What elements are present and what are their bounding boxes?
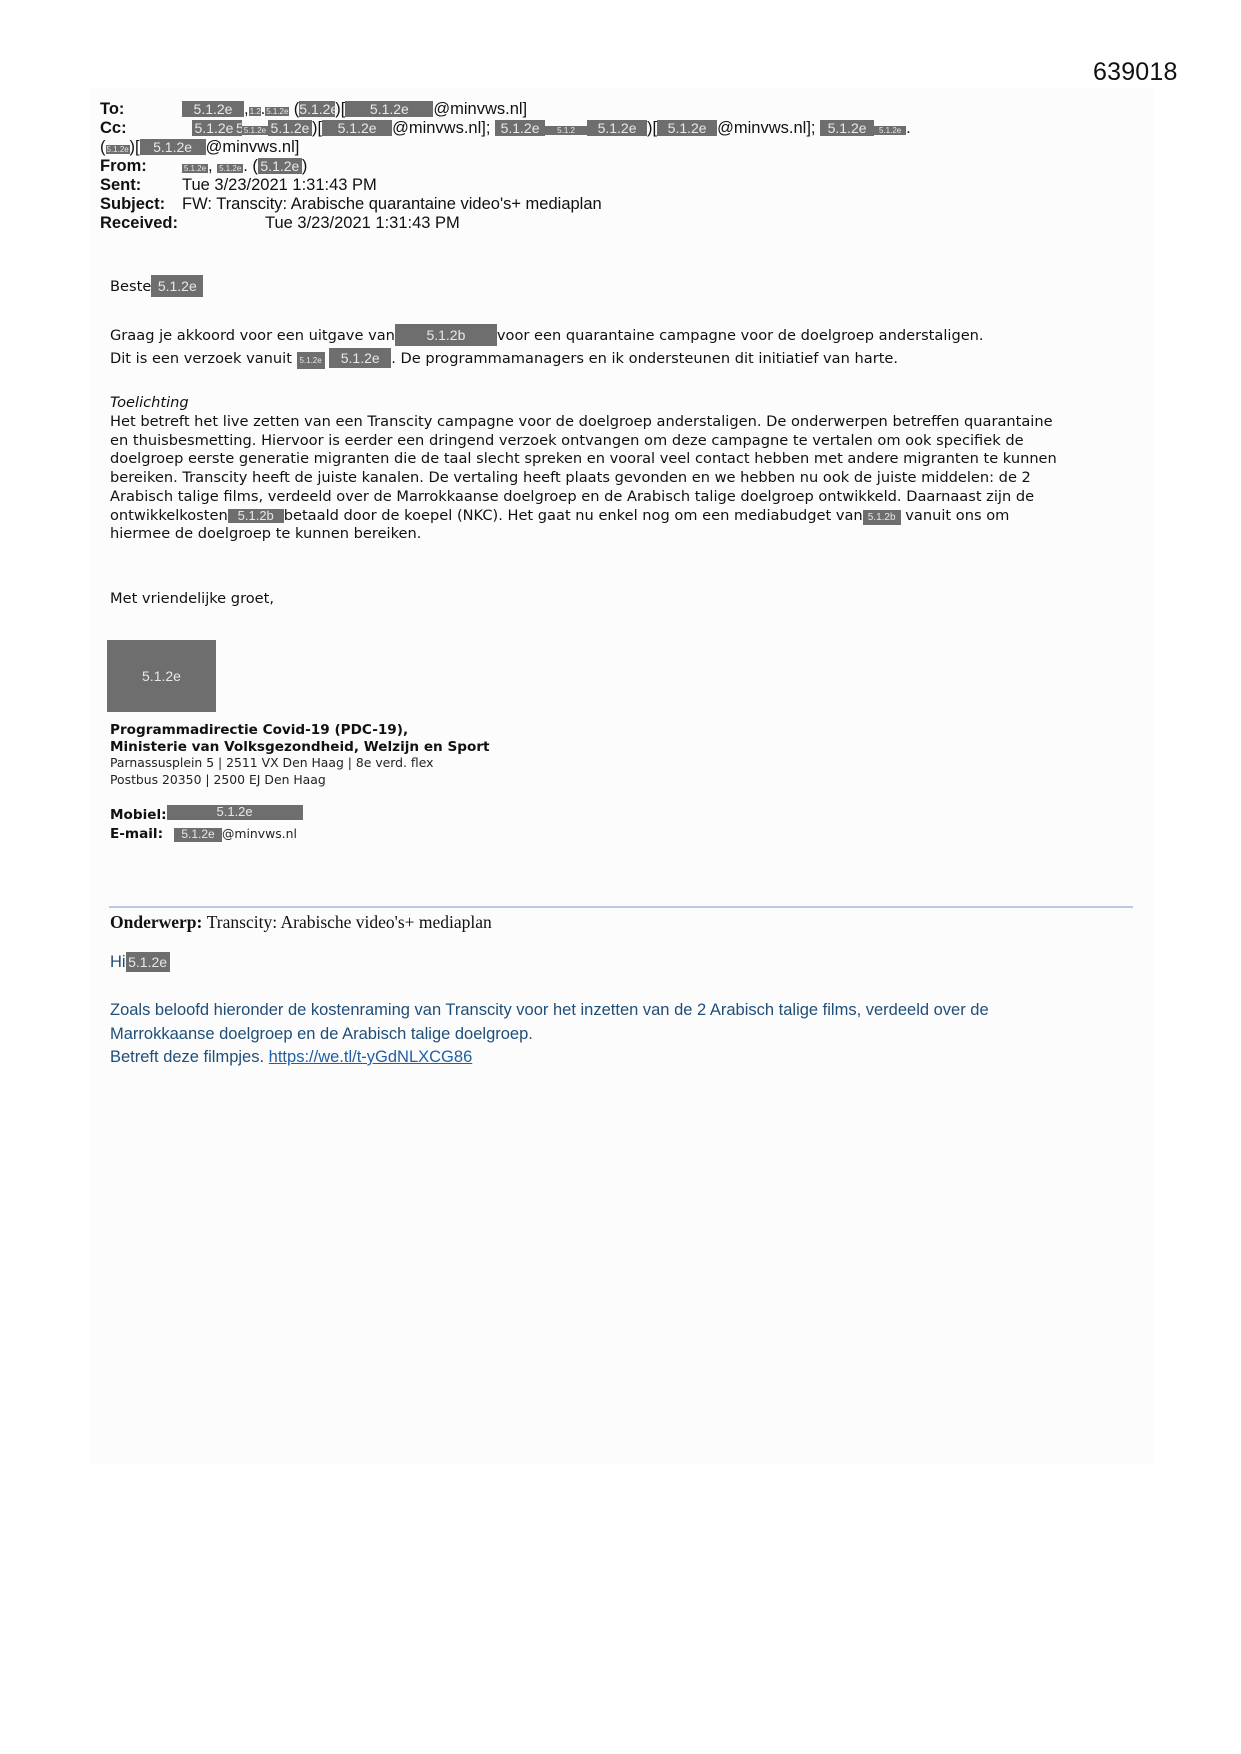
redaction: 5.1.2e [265, 107, 289, 116]
email-label: E-mail: [110, 826, 174, 843]
document-id: 639018 [1093, 58, 1178, 87]
forwarded-line: Marrokkaanse doelgroep en de Arabisch ta… [110, 1023, 989, 1047]
redaction: 5.1.2b [395, 324, 497, 346]
signature-address-line-1: Parnassusplein 5 | 2511 VX Den Haag | 8e… [110, 755, 490, 772]
signature-org-line-1: Programmadirectie Covid-19 (PDC-19), [110, 722, 490, 739]
redaction: 5.1.2e [299, 101, 335, 117]
redaction: 5.1.2e [345, 101, 433, 117]
redaction: 5.1.2e [587, 120, 647, 136]
email-domain: @minvws.nl [222, 826, 297, 841]
redaction: 5.1.2e [182, 164, 208, 173]
subject-value: FW: Transcity: Arabische quarantaine vid… [182, 195, 602, 213]
toelichting-line: doelgroep eerste generatie migranten die… [110, 450, 1130, 469]
closing: Met vriendelijke groet, [110, 590, 274, 607]
request-text: Dit is een verzoek vanuit [110, 350, 292, 367]
sent-row: Sent:Tue 3/23/2021 1:31:43 PM [100, 176, 377, 195]
redaction: 5.1.2e [495, 120, 545, 136]
redaction: 5.1.2e [217, 164, 243, 173]
request-text: Graag je akkoord voor een uitgave van [110, 327, 395, 344]
redaction: 5.1.2e [126, 952, 170, 972]
to-label: To: [100, 100, 182, 119]
request-line-1: Graag je akkoord voor een uitgave van5.1… [110, 324, 984, 346]
redaction: 5.1.2e [322, 120, 392, 136]
toelichting-line: ontwikkelkosten5.1.2bbetaald door de koe… [110, 507, 1130, 526]
redaction: 5.1.2e [167, 805, 303, 820]
redaction: 5.1.2e [151, 275, 203, 297]
redaction: 5.1.2e [140, 139, 206, 155]
received-label: Received: [100, 214, 265, 233]
redaction: 5.1.2e [874, 126, 906, 135]
toelichting-line: en thuisbesmetting. Hiervoor is eerder e… [110, 432, 1130, 451]
subject-label: Subject: [100, 195, 182, 214]
cc-row: Cc:5.1.2e55.1.2e5.1.2e)[5.1.2e@minvws.nl… [100, 119, 911, 138]
email-domain: @minvws.nl] [206, 138, 300, 156]
received-row: Received:Tue 3/23/2021 1:31:43 PM [100, 214, 460, 233]
redaction: 5.1.2e [657, 120, 717, 136]
separator-text: )[ [647, 119, 657, 137]
redaction: 1.2 [249, 107, 261, 116]
signature-mobile-row: Mobiel:5.1.2e [110, 806, 303, 824]
subject-row: Subject:FW: Transcity: Arabische quarant… [100, 195, 602, 214]
from-label: From: [100, 157, 182, 176]
redaction: 5.1.2e [106, 145, 130, 154]
redaction: 5.1.2e [182, 101, 244, 117]
toelichting-body: Het betreft het live zetten van een Tran… [110, 413, 1130, 544]
redaction: 5.1.2b [863, 510, 901, 526]
mobile-label: Mobiel: [110, 807, 167, 823]
email-domain: @minvws.nl]; [717, 119, 815, 137]
cc-label: Cc: [100, 119, 192, 138]
onderwerp-label: Onderwerp: [110, 912, 202, 932]
redaction: 5.1.2e [329, 348, 391, 368]
wetransfer-link[interactable]: https://we.tl/t-yGdNLXCG86 [269, 1048, 473, 1066]
request-line-2: Dit is een verzoek vanuit 5.1.2e 5.1.2e.… [110, 348, 898, 369]
onderwerp-value: Transcity: Arabische video's+ mediaplan [207, 912, 492, 932]
toelichting-title: Toelichting [110, 394, 1130, 413]
forwarded-text: Betreft deze filmpjes. [110, 1048, 264, 1066]
toelichting-line: Het betreft het live zetten van een Tran… [110, 413, 1130, 432]
greeting-text: Hi [110, 953, 126, 971]
to-row: To:5.1.2e,1.2.5.1.2e (5.1.2e)[5.1.2e@min… [100, 100, 527, 119]
toelichting-text: vanuit ons om [905, 507, 1009, 524]
toelichting-line: Arabisch talige films, verdeeld over de … [110, 488, 1130, 507]
separator-text: )[ [312, 119, 322, 137]
redaction: 5.1.2e [192, 120, 236, 136]
toelichting-line: hiermee de doelgroep te kunnen bereiken. [110, 525, 1130, 544]
redaction: 5.1.2e [174, 828, 222, 842]
greeting-text: Beste [110, 278, 151, 295]
separator-text: ) [302, 157, 308, 175]
separator-text: )[ [130, 138, 140, 156]
separator-text: . [906, 119, 911, 137]
toelichting-text: ontwikkelkosten [110, 507, 228, 524]
received-value: Tue 3/23/2021 1:31:43 PM [265, 214, 460, 232]
redaction: 5.1.2e [297, 352, 325, 369]
redaction: 5.1.2e [268, 120, 312, 136]
signature-address-line-2: Postbus 20350 | 2500 EJ Den Haag [110, 772, 490, 789]
from-row: From:5.1.2e, 5.1.2e. (5.1.2e) [100, 157, 307, 176]
sent-label: Sent: [100, 176, 182, 195]
separator-text: , [208, 157, 213, 175]
redaction: 5.1.2b [228, 509, 284, 524]
signature-block: Programmadirectie Covid-19 (PDC-19), Min… [110, 722, 490, 788]
separator-text: )[ [335, 100, 345, 118]
forwarded-body: Zoals beloofd hieronder de kostenraming … [110, 999, 989, 1070]
forwarded-subject-row: Onderwerp: Transcity: Arabische video's+… [110, 912, 492, 933]
forwarded-line: Zoals beloofd hieronder de kostenraming … [110, 999, 989, 1023]
sent-value: Tue 3/23/2021 1:31:43 PM [182, 176, 377, 194]
toelichting-line: bereiken. Transcity heeft de juiste kana… [110, 469, 1130, 488]
separator-text: . ( [243, 157, 258, 175]
redaction: 5.1.2e [820, 120, 874, 136]
forwarded-greeting: Hi5.1.2e [110, 951, 170, 975]
greeting: Beste5.1.2e [110, 275, 203, 297]
forward-separator [109, 906, 1133, 908]
request-text: . De programmamanagers en ik ondersteune… [391, 350, 898, 367]
email-domain: @minvws.nl]; [392, 119, 490, 137]
request-text: voor een quarantaine campagne voor de do… [497, 327, 984, 344]
redaction: 5.1.2e [258, 158, 302, 174]
email-domain: @minvws.nl] [433, 100, 527, 118]
forwarded-line: Betreft deze filmpjes. https://we.tl/t-y… [110, 1046, 989, 1070]
signature-email-row: E-mail:5.1.2e@minvws.nl [110, 825, 297, 843]
redaction: 5.1.2e [242, 126, 268, 135]
redaction: 5.1.2 [545, 126, 587, 135]
cc-row-continued: (5.1.2e)[5.1.2e@minvws.nl] [100, 138, 299, 157]
signature-org-line-2: Ministerie van Volksgezondheid, Welzijn … [110, 739, 490, 756]
toelichting-text: betaald door de koepel (NKC). Het gaat n… [284, 507, 863, 524]
signature-photo-redaction: 5.1.2e [107, 640, 216, 712]
